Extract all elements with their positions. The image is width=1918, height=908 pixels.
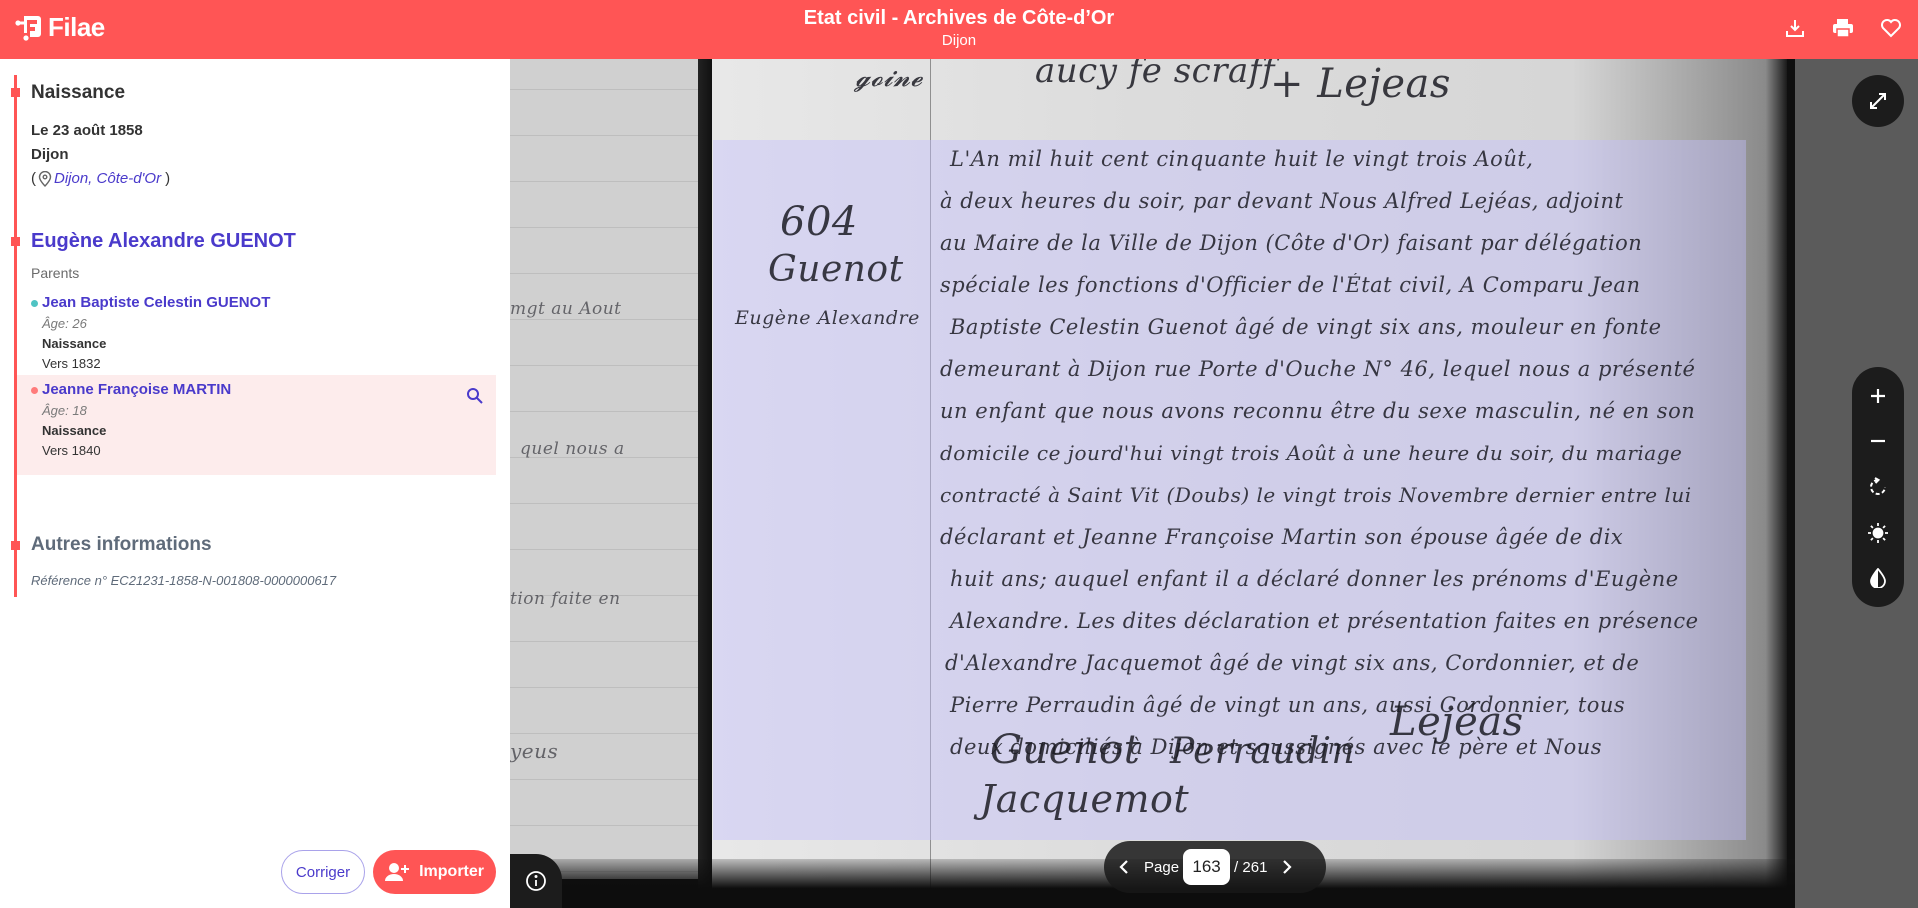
margin-given-names: Eugène Alexandre (735, 307, 920, 329)
parent-name[interactable]: Jean Baptiste Celestin GUENOT (42, 292, 270, 314)
signature: Guenot (990, 727, 1140, 773)
filae-logo[interactable]: Filae (14, 12, 105, 42)
download-icon (1785, 18, 1805, 38)
parents-label: Parents (31, 263, 496, 283)
zoom-in-button[interactable] (1858, 376, 1898, 416)
female-dot-icon (31, 387, 38, 394)
page-subtitle: Dijon (0, 31, 1918, 51)
page-fold (698, 59, 712, 899)
parent-age: Âge: 26 (31, 314, 482, 334)
text-line: contracté à Saint Vit (Doubs) le vingt t… (940, 483, 1692, 507)
next-page-button[interactable] (1267, 841, 1307, 893)
document-viewer[interactable]: 𝓰𝓸𝓲𝓷𝓮 aucy fe scraff + Lejeas 604 Guenot… (510, 59, 1918, 908)
zoom-out-button[interactable] (1858, 421, 1898, 461)
print-button[interactable] (1830, 14, 1856, 42)
previous-page-button[interactable] (1104, 841, 1144, 893)
event-place-detail: ( Dijon, Côte-d'Or ) (31, 167, 496, 191)
signature: Lejéas (1390, 699, 1524, 745)
text-line: d'Alexandre Jacquemot âgé de vingt six a… (945, 651, 1639, 675)
place-link[interactable]: Dijon, Côte-d'Or (54, 167, 161, 191)
parent-age: Âge: 18 (31, 401, 482, 421)
parent-date: Vers 1840 (31, 441, 482, 461)
left-page-text: quel nous a (520, 439, 625, 459)
signature: Perraudin (1170, 731, 1355, 772)
parent-event: Naissance (31, 334, 482, 354)
heart-icon (1880, 18, 1902, 38)
text-line: huit ans; auquel enfant il a déclaré don… (950, 567, 1679, 591)
person-name[interactable]: Eugène Alexandre GUENOT (31, 229, 496, 253)
other-info-title: Autres informations (31, 533, 496, 557)
left-page-text: mgt au Aout (510, 299, 622, 319)
filae-logo-icon (14, 12, 44, 42)
ink-flourish: + Lejeas (1270, 61, 1451, 107)
print-icon (1832, 18, 1854, 38)
page-label: Page (1144, 859, 1179, 876)
image-tools (1852, 367, 1904, 607)
rotate-button[interactable] (1858, 467, 1898, 507)
document-image[interactable]: 𝓰𝓸𝓲𝓷𝓮 aucy fe scraff + Lejeas 604 Guenot… (510, 59, 1795, 908)
ink-flourish: aucy fe scraff (1035, 59, 1275, 91)
signature: Jacquemot (980, 777, 1189, 821)
fullscreen-button[interactable] (1852, 75, 1904, 127)
page-number-input[interactable] (1183, 849, 1230, 885)
event-place: Dijon (31, 143, 496, 167)
parent-mother[interactable]: Jeanne Françoise MARTIN Âge: 18 Naissanc… (17, 375, 496, 475)
import-button[interactable]: Importer (373, 850, 496, 894)
timeline-marker (11, 541, 20, 550)
download-button[interactable] (1782, 14, 1808, 42)
timeline-marker (11, 88, 20, 97)
info-button[interactable] (510, 854, 562, 908)
event-section: Naissance Le 23 août 1858 Dijon ( Dijon,… (31, 81, 496, 191)
contrast-button[interactable] (1858, 558, 1898, 598)
import-label: Importer (419, 863, 484, 881)
chevron-right-icon (1282, 859, 1292, 875)
text-line: L'An mil huit cent cinquante huit le vin… (950, 147, 1533, 171)
reference-number: Référence n° EC21231-1858-N-001808-00000… (31, 571, 496, 591)
person-section: Eugène Alexandre GUENOT Parents (31, 229, 496, 283)
text-line: spéciale les fonctions d'Officier de l'É… (940, 273, 1640, 297)
left-page-text: tion faite en (510, 589, 621, 609)
contrast-icon (1869, 568, 1887, 588)
ink-flourish: 𝓰𝓸𝓲𝓷𝓮 (855, 63, 923, 94)
zoom-out-icon (1869, 432, 1887, 450)
search-parent-button[interactable] (466, 387, 484, 405)
male-dot-icon (31, 300, 38, 307)
app-header: Filae Etat civil - Archives de Côte-d’Or… (0, 0, 1918, 59)
record-sidebar: Naissance Le 23 août 1858 Dijon ( Dijon,… (0, 59, 510, 908)
parent-name[interactable]: Jeanne Françoise MARTIN (42, 379, 231, 401)
text-line: un enfant que nous avons reconnu être du… (940, 399, 1695, 423)
text-line: demeurant à Dijon rue Porte d'Ouche N° 4… (940, 357, 1695, 381)
expand-icon (1867, 90, 1889, 112)
parent-date: Vers 1832 (31, 354, 482, 374)
rotate-icon (1868, 477, 1888, 497)
timeline-marker (11, 237, 20, 246)
text-line: Baptiste Celestin Guenot âgé de vingt si… (950, 315, 1662, 339)
brand-name: Filae (48, 12, 105, 42)
chevron-left-icon (1119, 859, 1129, 875)
text-line: au Maire de la Ville de Dijon (Côte d'Or… (940, 231, 1642, 255)
text-line: Alexandre. Les dites déclaration et prés… (950, 609, 1699, 633)
other-info-section: Autres informations Référence n° EC21231… (31, 533, 496, 591)
left-page-text: yeus (510, 739, 558, 763)
correct-button[interactable]: Corriger (281, 850, 365, 894)
zoom-in-icon (1869, 387, 1887, 405)
margin-number: 604 (780, 199, 858, 245)
text-line: domicile ce jourd'hui vingt trois Août à… (940, 441, 1682, 465)
favorite-button[interactable] (1878, 14, 1904, 42)
paren-close: ) (165, 167, 170, 191)
brightness-button[interactable] (1858, 513, 1898, 553)
page-title: Etat civil - Archives de Côte-d’Or (0, 5, 1918, 31)
total-pages: / 261 (1234, 859, 1267, 876)
info-icon (525, 870, 547, 892)
text-line: à deux heures du soir, par devant Nous A… (940, 189, 1623, 213)
paren-open: ( (31, 167, 36, 191)
parent-father[interactable]: Jean Baptiste Celestin GUENOT Âge: 26 Na… (17, 288, 496, 378)
add-person-icon (385, 862, 411, 882)
margin-name: Guenot (768, 249, 904, 290)
event-title: Naissance (31, 81, 496, 105)
brightness-icon (1867, 522, 1889, 544)
parent-event: Naissance (31, 421, 482, 441)
text-line: déclarant et Jeanne Françoise Martin son… (940, 525, 1623, 549)
page-navigator: Page / 261 (1104, 841, 1326, 893)
event-date: Le 23 août 1858 (31, 119, 496, 143)
search-icon (466, 387, 484, 405)
map-pin-icon (38, 171, 52, 187)
